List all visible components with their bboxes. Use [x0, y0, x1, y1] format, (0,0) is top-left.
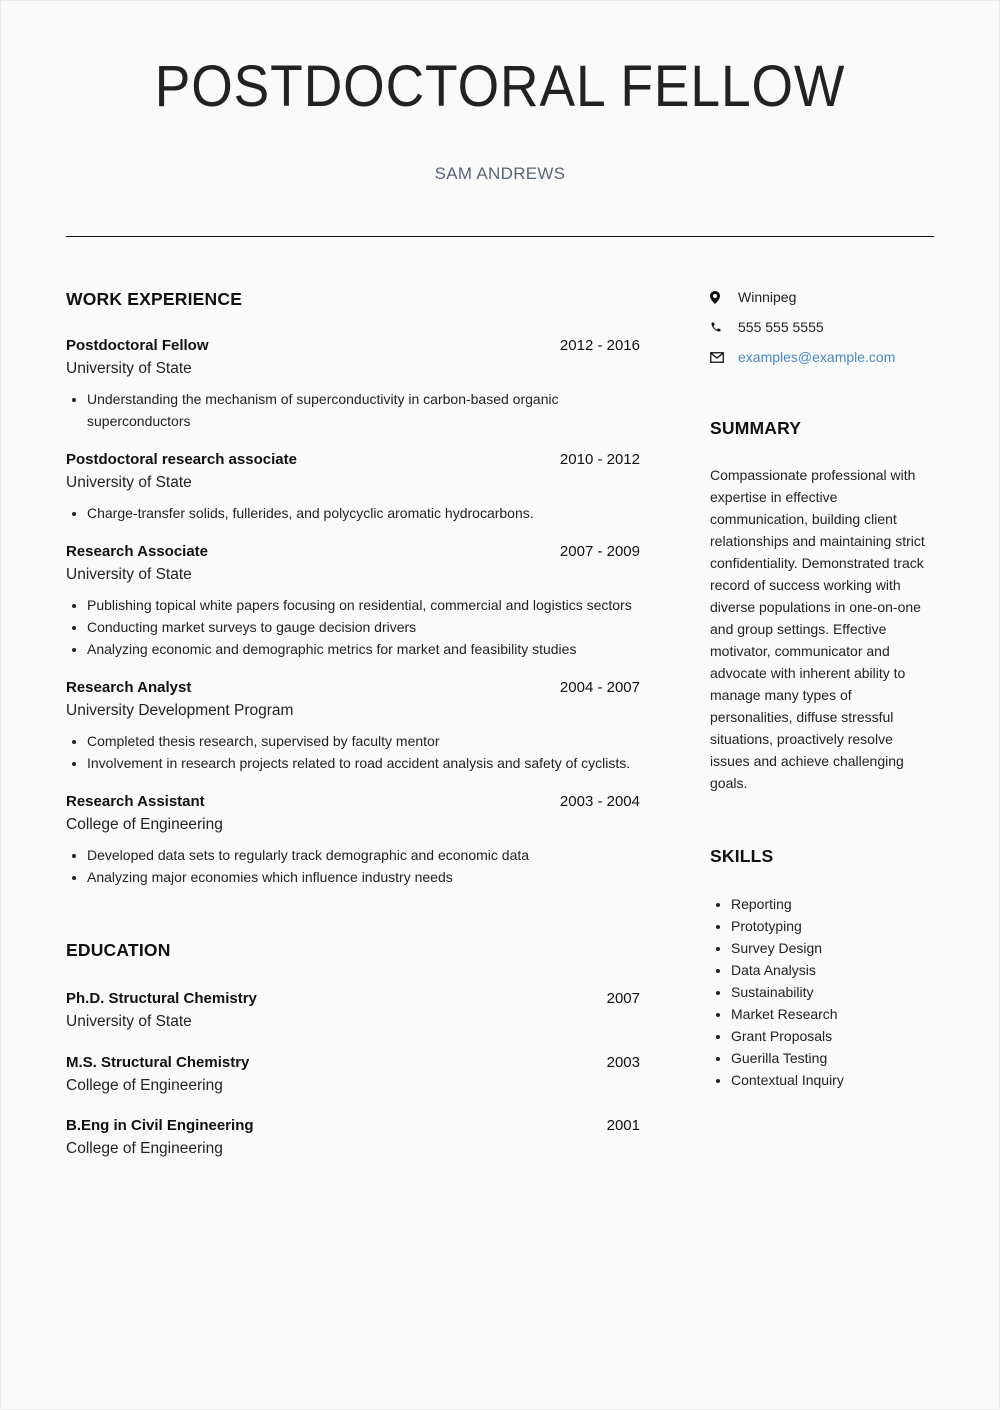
- skill-item: Guerilla Testing: [710, 1047, 936, 1069]
- job-organization: University of State: [66, 474, 640, 492]
- skill-item: Reporting: [710, 893, 936, 915]
- degree-title: B.Eng in Civil Engineering: [66, 1117, 254, 1134]
- school-name: College of Engineering: [66, 1140, 640, 1158]
- skill-item: Survey Design: [710, 937, 936, 959]
- summary-text: Compassionate professional with expertis…: [710, 464, 936, 794]
- skill-item: Data Analysis: [710, 959, 936, 981]
- job-entry: Research Assistant 2003 - 2004 College o…: [66, 793, 640, 888]
- skill-item: Prototyping: [710, 915, 936, 937]
- job-bullets: Publishing topical white papers focusing…: [66, 594, 640, 660]
- degree-title: M.S. Structural Chemistry: [66, 1054, 249, 1071]
- job-bullet: Publishing topical white papers focusing…: [66, 594, 640, 616]
- phone-icon: [710, 321, 738, 333]
- job-bullet: Analyzing major economies which influenc…: [66, 866, 640, 888]
- job-bullet: Conducting market surveys to gauge decis…: [66, 616, 640, 638]
- job-dates: 2012 - 2016: [560, 337, 640, 354]
- header-divider: [66, 236, 934, 237]
- side-column: Winnipeg 555 555 5555 examples@example.c…: [710, 288, 936, 1091]
- education-entry: M.S. Structural Chemistry 2003 College o…: [66, 1054, 640, 1095]
- location-text: Winnipeg: [738, 289, 796, 305]
- skill-item: Sustainability: [710, 981, 936, 1003]
- job-bullet: Developed data sets to regularly track d…: [66, 844, 640, 866]
- skill-item: Market Research: [710, 1003, 936, 1025]
- job-entry: Postdoctoral Fellow 2012 - 2016 Universi…: [66, 337, 640, 432]
- degree-year: 2003: [607, 1054, 640, 1071]
- candidate-name: SAM ANDREWS: [1, 164, 999, 184]
- education-entry: Ph.D. Structural Chemistry 2007 Universi…: [66, 990, 640, 1031]
- job-title: Research Assistant: [66, 793, 205, 810]
- degree-year: 2007: [607, 990, 640, 1007]
- work-experience-heading: WORK EXPERIENCE: [66, 289, 640, 310]
- page-title: POSTDOCTORAL FELLOW: [41, 53, 959, 120]
- degree-title: Ph.D. Structural Chemistry: [66, 990, 257, 1007]
- job-entry: Research Associate 2007 - 2009 Universit…: [66, 543, 640, 660]
- skills-heading: SKILLS: [710, 846, 936, 867]
- main-column: WORK EXPERIENCE Postdoctoral Fellow 2012…: [66, 289, 640, 1158]
- school-name: College of Engineering: [66, 1077, 640, 1095]
- job-bullet: Completed thesis research, supervised by…: [66, 730, 640, 752]
- skills-list: Reporting Prototyping Survey Design Data…: [710, 893, 936, 1091]
- education-heading: EDUCATION: [66, 940, 640, 961]
- contact-phone: 555 555 5555: [710, 312, 936, 342]
- job-title: Research Associate: [66, 543, 208, 560]
- job-title: Postdoctoral research associate: [66, 451, 297, 468]
- email-link[interactable]: examples@example.com: [738, 349, 895, 365]
- job-title: Research Analyst: [66, 679, 191, 696]
- job-organization: University Development Program: [66, 702, 640, 720]
- job-bullet: Analyzing economic and demographic metri…: [66, 638, 640, 660]
- job-bullet: Charge-transfer solids, fullerides, and …: [66, 502, 640, 524]
- skill-item: Contextual Inquiry: [710, 1069, 936, 1091]
- job-title: Postdoctoral Fellow: [66, 337, 209, 354]
- job-bullets: Completed thesis research, supervised by…: [66, 730, 640, 774]
- job-dates: 2003 - 2004: [560, 793, 640, 810]
- contact-email: examples@example.com: [710, 342, 936, 372]
- envelope-icon: [710, 352, 738, 363]
- job-dates: 2004 - 2007: [560, 679, 640, 696]
- job-organization: University of State: [66, 360, 640, 378]
- job-bullets: Understanding the mechanism of supercond…: [66, 388, 640, 432]
- job-organization: University of State: [66, 566, 640, 584]
- contact-location: Winnipeg: [710, 282, 936, 312]
- job-bullets: Charge-transfer solids, fullerides, and …: [66, 502, 640, 524]
- job-bullet: Understanding the mechanism of supercond…: [66, 388, 640, 432]
- skill-item: Grant Proposals: [710, 1025, 936, 1047]
- degree-year: 2001: [607, 1117, 640, 1134]
- job-bullet: Involvement in research projects related…: [66, 752, 640, 774]
- phone-text: 555 555 5555: [738, 319, 824, 335]
- job-bullets: Developed data sets to regularly track d…: [66, 844, 640, 888]
- job-organization: College of Engineering: [66, 816, 640, 834]
- job-entry: Research Analyst 2004 - 2007 University …: [66, 679, 640, 774]
- job-dates: 2010 - 2012: [560, 451, 640, 468]
- school-name: University of State: [66, 1013, 640, 1031]
- map-pin-icon: [710, 291, 738, 304]
- resume-page: POSTDOCTORAL FELLOW SAM ANDREWS WORK EXP…: [0, 0, 1000, 1410]
- summary-heading: SUMMARY: [710, 418, 936, 439]
- education-entry: B.Eng in Civil Engineering 2001 College …: [66, 1117, 640, 1158]
- job-entry: Postdoctoral research associate 2010 - 2…: [66, 451, 640, 524]
- job-dates: 2007 - 2009: [560, 543, 640, 560]
